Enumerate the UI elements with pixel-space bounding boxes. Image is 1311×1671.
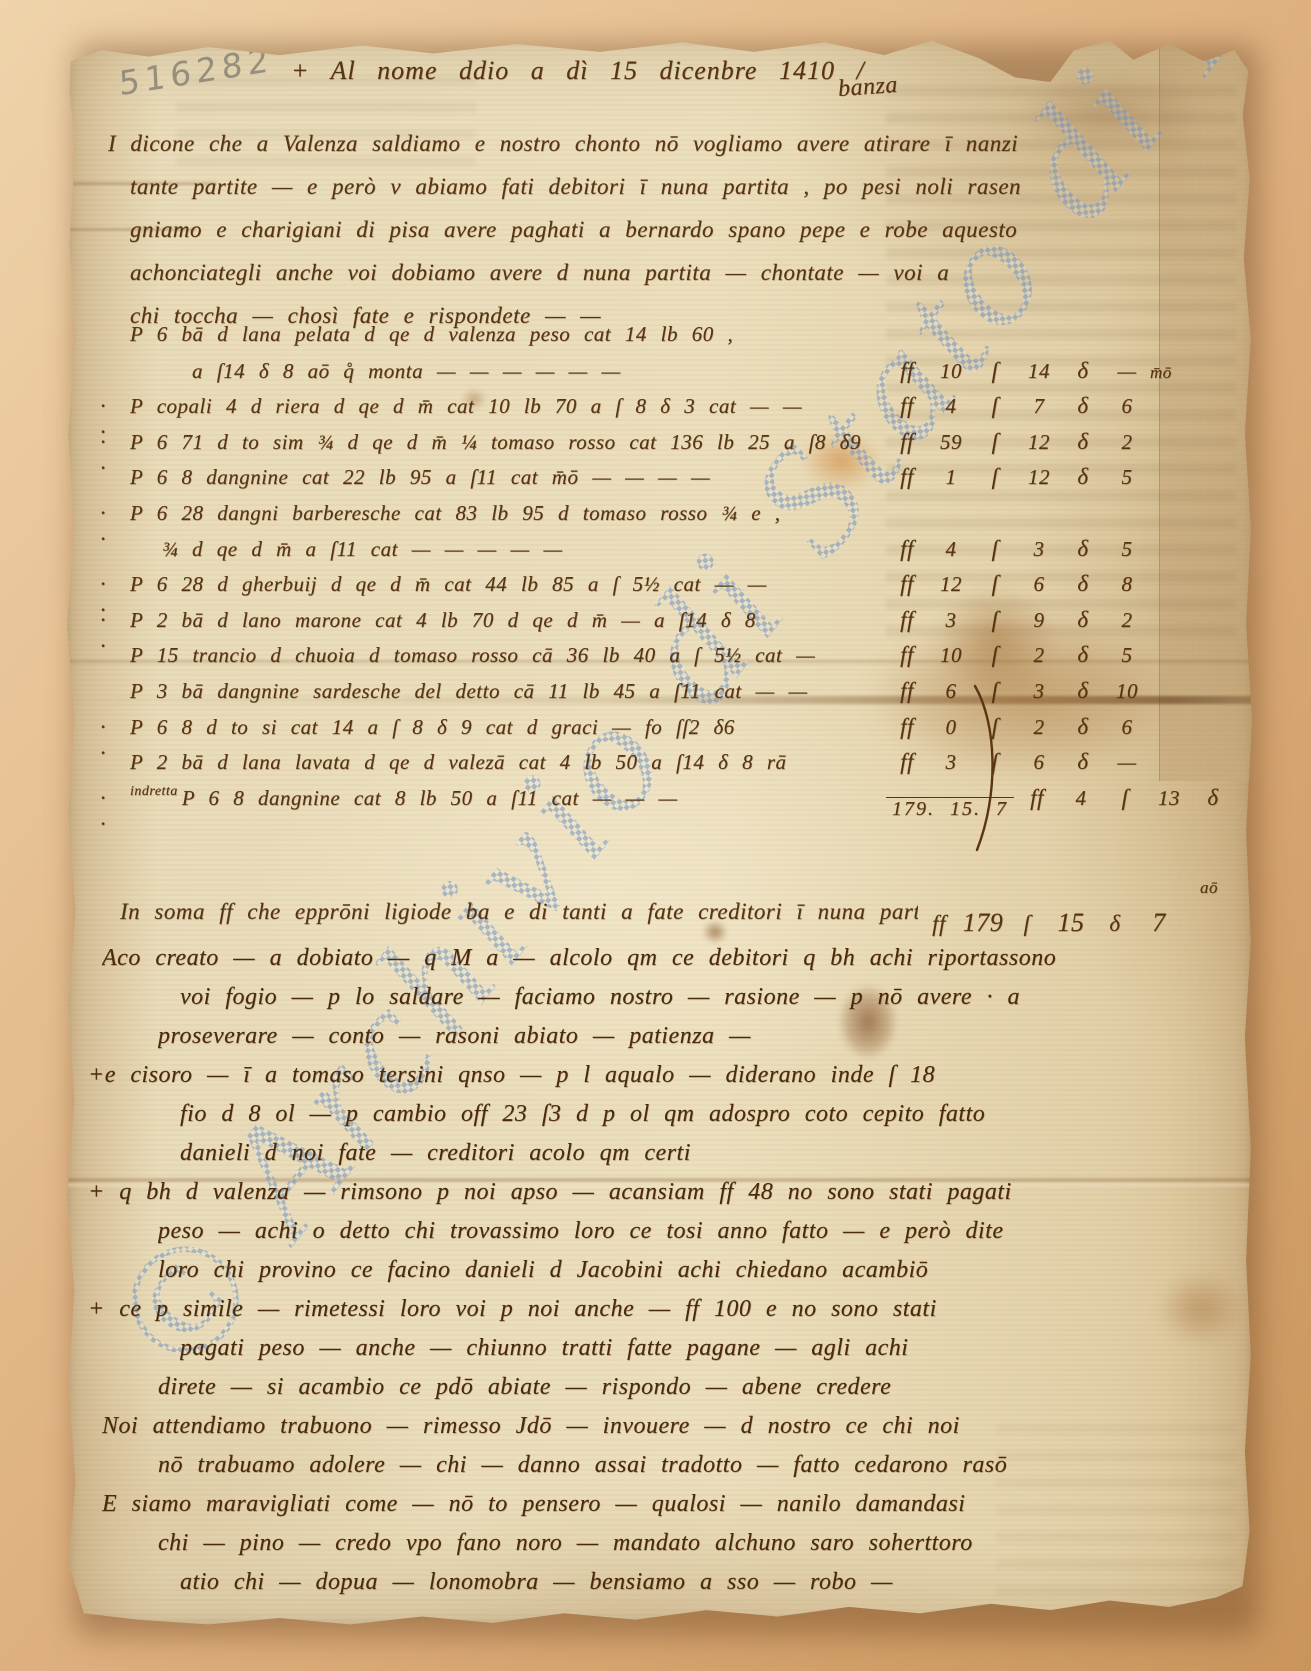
soldi-symbol: ſ <box>1006 911 1048 937</box>
ledger-entry: P 2 bā d lana lavata d qe d valezā cat 4… <box>100 749 1218 785</box>
grouping-bracket <box>971 684 1001 852</box>
entry-margin-dots: · · <box>100 714 130 766</box>
entry-text: P 6 28 dangni barberesche cat 83 lb 95 d… <box>130 501 886 526</box>
entry-text: P 6 8 dangnine cat 22 lb 95 a ſ11 cat m̄… <box>130 465 886 490</box>
opening-paragraph: I dicone che a Valenza saldiamo e nostro… <box>130 122 1202 337</box>
soldi-value: 7 <box>1016 394 1062 419</box>
entry-amount: ff59ſ12δ2 <box>886 429 1218 455</box>
entry-margin-dots: · · <box>100 500 130 552</box>
entry-amount: ff12ſ6δ8 <box>886 571 1218 597</box>
total-section: In soma ff che epprōni ligiode ba e di t… <box>120 896 1218 926</box>
florin-value: 6 <box>928 679 974 704</box>
denari-value: 5 <box>1104 537 1150 562</box>
ledger-entry: · ·P 2 bā d lano marone cat 4 lb 70 d qe… <box>100 607 1218 643</box>
denari-symbol: δ <box>1062 642 1104 668</box>
denari-symbol: δ <box>1094 911 1136 937</box>
soldi-value: 12 <box>1016 430 1062 455</box>
soldi-symbol: ſ <box>974 429 1016 455</box>
florin-symbol: ff <box>886 536 928 562</box>
entry-text: P 2 bā d lana lavata d qe d valezā cat 4… <box>130 750 886 775</box>
florin-value: 4 <box>1058 786 1104 811</box>
entry-text: P copali 4 d riera d qe d m̄ cat 10 lb 7… <box>130 394 886 419</box>
entry-text: P 2 bā d lano marone cat 4 lb 70 d qe d … <box>130 608 886 633</box>
total-amount: aō ff 179 ſ 15 δ 7 <box>918 908 1218 938</box>
florin-symbol: ff <box>886 571 928 597</box>
denari-symbol: δ <box>1062 749 1104 775</box>
denari-symbol: δ <box>1062 678 1104 704</box>
soldi-symbol: ſ <box>974 536 1016 562</box>
soldi-value: 9 <box>1016 608 1062 633</box>
manuscript-paper: © Archivio di Stato di Prato 516282 + Al… <box>66 36 1252 1626</box>
denari-symbol: δ <box>1062 464 1104 490</box>
manuscript-line: atio chi — dopua — lonomobra — bensiamo … <box>180 1563 1212 1602</box>
manuscript-line: direte — si acambio ce pdō abiate — risp… <box>158 1368 1212 1407</box>
denari-symbol: δ <box>1062 607 1104 633</box>
soldi-value: 6 <box>1016 572 1062 597</box>
soldi-value: 2 <box>1016 643 1062 668</box>
ledger-entry: P 6 8 dangnine cat 22 lb 95 a ſ11 cat m̄… <box>100 464 1218 500</box>
manuscript-line: chi — pino — credo vpo fano noro — manda… <box>158 1524 1212 1563</box>
manuscript-line: voi fogio — p lo saldare — faciamo nostr… <box>180 978 1212 1017</box>
manuscript-line: loro chi provino ce facino danieli d Jac… <box>158 1251 1212 1290</box>
manuscript-line: danieli d noi fate — creditori acolo qm … <box>180 1134 1212 1173</box>
ledger-entry: · ·P 6 71 d to sim ¾ d qe d m̄ ¼ tomaso … <box>100 429 1218 465</box>
account-entries: P 6 bā d lana pelata d qe d valenza peso… <box>100 322 1218 820</box>
entry-amount: ff4ſ3δ5 <box>886 536 1218 562</box>
soldi-symbol: ſ <box>974 358 1016 384</box>
manuscript-line: + q bh d valenza — rimsono p noi apso — … <box>88 1173 1212 1212</box>
florin-value: 59 <box>928 430 974 455</box>
manuscript-line: gniamo e charigiani di pisa avere paghat… <box>130 208 1202 251</box>
manuscript-line: Noi attendiamo trabuono — rimesso Jdō — … <box>102 1407 1212 1446</box>
soldi-value: 6 <box>1016 750 1062 775</box>
interlinear-note: indretta <box>130 784 178 800</box>
manuscript-line: +e cisoro — ī a tomaso tersini qnso — p … <box>88 1056 1212 1095</box>
entry-amount: ff3ſ9δ2 <box>886 607 1218 633</box>
florin-value: 3 <box>928 750 974 775</box>
entry-note: m̄ō <box>1150 363 1194 383</box>
florin-value: 1 <box>928 465 974 490</box>
manuscript-line: tante partite — e però v abiamo fati deb… <box>130 165 1202 208</box>
denari-value: — <box>1104 359 1150 384</box>
denari-value: 10 <box>1104 679 1150 704</box>
soldi-value: 13 <box>1146 786 1192 811</box>
florin-symbol: ff <box>886 642 928 668</box>
entry-amount: 179. 15. 7ff4ſ13δ6 <box>886 785 1218 811</box>
denari-symbol: δ <box>1062 358 1104 384</box>
florin-value: 12 <box>928 572 974 597</box>
entry-margin-dots: · · <box>100 785 130 837</box>
manuscript-line: fio d 8 ol — p cambio off 23 ſ3 d p ol q… <box>180 1095 1212 1134</box>
entry-margin-dots: · · <box>100 429 130 481</box>
ledger-entry: · ·P 6 28 dangni barberesche cat 83 lb 9… <box>100 500 1218 536</box>
denari-value: 6 <box>1104 715 1150 740</box>
soldi-symbol: ſ <box>974 642 1016 668</box>
soldi-symbol: ſ <box>974 393 1016 419</box>
manuscript-line: I dicone che a Valenza saldiamo e nostro… <box>108 122 1202 165</box>
entry-amount: ff0ſ2δ6 <box>886 714 1218 740</box>
manuscript-line: pagati peso — anche — chiunno tratti fat… <box>180 1329 1212 1368</box>
denari-symbol: δ <box>1062 571 1104 597</box>
soldi-symbol: ſ <box>974 571 1016 597</box>
soldi-symbol: ſ <box>974 607 1016 633</box>
florin-symbol: ff <box>886 429 928 455</box>
ledger-entry: ¾ d qe d m̄ a ſ11 cat — — — — —ff4ſ3δ5 <box>100 536 1218 572</box>
denari-value: 2 <box>1104 430 1150 455</box>
florin-value: 0 <box>928 715 974 740</box>
entry-text: P 15 trancio d chuoia d tomaso rosso cā … <box>130 643 886 668</box>
ledger-entry: P 15 trancio d chuoia d tomaso rosso cā … <box>100 642 1218 678</box>
denari-symbol: δ <box>1192 785 1234 811</box>
entry-text: P 6 71 d to sim ¾ d qe d m̄ ¼ tomaso ros… <box>130 430 886 455</box>
florin-value: 179 <box>960 908 1006 938</box>
scanned-document-page: © Archivio di Stato di Prato 516282 + Al… <box>0 0 1311 1671</box>
manuscript-line: nō trabuamo adolere — chi — danno assai … <box>158 1446 1212 1485</box>
florin-symbol: ff <box>918 911 960 937</box>
total-superscript: aō <box>1200 878 1218 898</box>
denari-symbol: δ <box>1062 714 1104 740</box>
manuscript-line: E siamo maravigliati come — nō to penser… <box>102 1485 1212 1524</box>
entry-text: P 6 bā d lana pelata d qe d valenza peso… <box>130 322 886 347</box>
entry-text: P 6 8 dangnine cat 8 lb 50 a ſ11 cat — —… <box>182 786 886 811</box>
soldi-value: 15 <box>1048 908 1094 938</box>
soldi-value: 14 <box>1016 359 1062 384</box>
entry-text: P 6 28 d gherbuij d qe d m̄ cat 44 lb 85… <box>130 572 886 597</box>
denari-value: 5 <box>1104 643 1150 668</box>
ledger-entry: a ſ14 δ 8 aō q̊ monta — — — — — —ff10ſ14… <box>100 358 1218 394</box>
manuscript-line: Aco creato — a dobiato — q M a — alcolo … <box>102 939 1212 978</box>
ledger-entry: · ·P 6 8 d to si cat 14 a ſ 8 δ 9 cat d … <box>100 714 1218 750</box>
soldi-symbol: ſ <box>1104 785 1146 811</box>
ledger-entry: P 6 bā d lana pelata d qe d valenza peso… <box>100 322 1218 358</box>
entry-amount: ff10ſ2δ5 <box>886 642 1218 668</box>
soldi-value: 3 <box>1016 537 1062 562</box>
manuscript-line: + ce p simile — rimetessi loro voi p noi… <box>88 1290 1212 1329</box>
soldi-value: 2 <box>1016 715 1062 740</box>
denari-value: 2 <box>1104 608 1150 633</box>
entry-amount: ff3ſ6δ— <box>886 749 1218 775</box>
entry-text: P 3 bā dangnine sardesche del detto cā 1… <box>130 679 886 704</box>
florin-symbol: ff <box>886 464 928 490</box>
entry-text: ¾ d qe d m̄ a ſ11 cat — — — — — <box>130 537 886 562</box>
florin-symbol: ff <box>886 358 928 384</box>
florin-value: 10 <box>928 359 974 384</box>
florin-symbol: ff <box>886 678 928 704</box>
entry-amount: ff1ſ12δ5 <box>886 464 1218 490</box>
soldi-value: 12 <box>1016 465 1062 490</box>
florin-value: 10 <box>928 643 974 668</box>
ledger-entry: · ·indrettaP 6 8 dangnine cat 8 lb 50 a … <box>100 785 1218 821</box>
closing-paragraphs: Aco creato — a dobiato — q M a — alcolo … <box>130 939 1212 1602</box>
soldi-value: 3 <box>1016 679 1062 704</box>
ledger-entry: · ·P copali 4 d riera d qe d m̄ cat 10 l… <box>100 393 1218 429</box>
manuscript-line: achonciategli anche voi dobiamo avere d … <box>130 251 1202 294</box>
denari-value: — <box>1104 750 1150 775</box>
florin-symbol: ff <box>886 393 928 419</box>
ledger-entry: P 3 bā dangnine sardesche del detto cā 1… <box>100 678 1218 714</box>
florin-symbol: ff <box>886 749 928 775</box>
total-row: In soma ff che epprōni ligiode ba e di t… <box>120 896 1218 926</box>
florin-symbol: ff <box>1016 785 1058 811</box>
florin-value: 4 <box>928 394 974 419</box>
entry-amount: ff10ſ14δ—m̄ō <box>886 358 1218 384</box>
denari-symbol: δ <box>1062 429 1104 455</box>
entry-amount: ff6ſ3δ10 <box>886 678 1218 704</box>
total-text: In soma ff che epprōni ligiode ba e di t… <box>120 899 918 925</box>
ledger-entry: · ·P 6 28 d gherbuij d qe d m̄ cat 44 lb… <box>100 571 1218 607</box>
entry-text: a ſ14 δ 8 aō q̊ monta — — — — — — <box>130 359 886 384</box>
denari-symbol: δ <box>1062 536 1104 562</box>
manuscript-line: peso — achi o detto chi trovassimo loro … <box>158 1212 1212 1251</box>
entry-amount: ff4ſ7δ6 <box>886 393 1218 419</box>
entry-margin-dots: · · <box>100 607 130 659</box>
denari-value: 8 <box>1104 572 1150 597</box>
corner-note: banza <box>837 72 899 103</box>
denari-value: 6 <box>1104 394 1150 419</box>
denari-value: 7 <box>1136 908 1182 938</box>
florin-value: 4 <box>928 537 974 562</box>
denari-value: 5 <box>1104 465 1150 490</box>
manuscript-line: proseverare — conto — rasoni abiato — pa… <box>158 1017 1212 1056</box>
soldi-symbol: ſ <box>974 464 1016 490</box>
entry-text: P 6 8 d to si cat 14 a ſ 8 δ 9 cat d gra… <box>130 715 886 740</box>
florin-symbol: ff <box>886 714 928 740</box>
denari-symbol: δ <box>1062 393 1104 419</box>
florin-symbol: ff <box>886 607 928 633</box>
florin-value: 3 <box>928 608 974 633</box>
